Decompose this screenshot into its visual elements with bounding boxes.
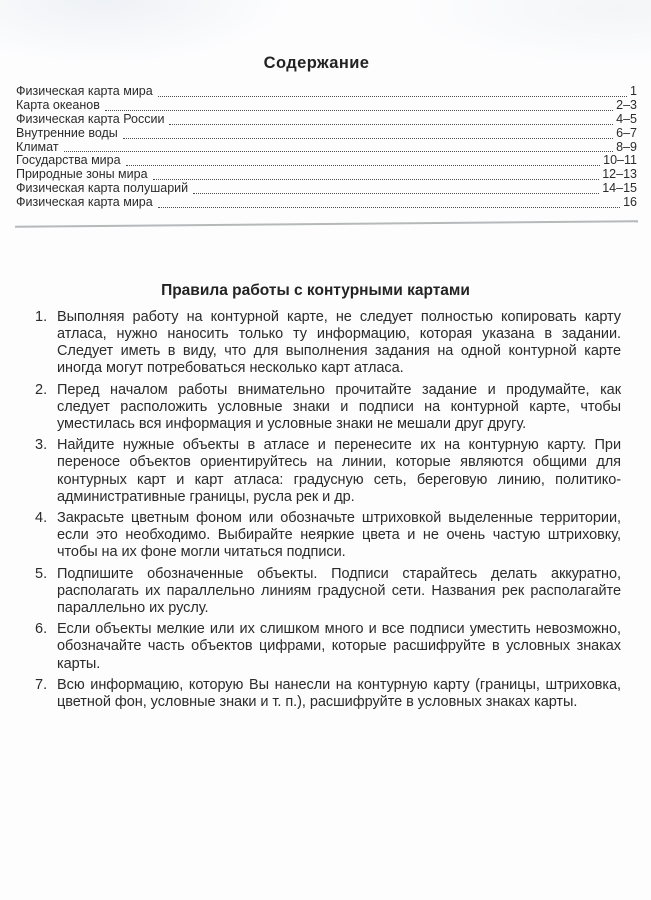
rule-text: Закрасьте цветным фоном или обозначьте ш…	[57, 510, 621, 562]
rule-text: Найдите нужные объекты в атласе и перене…	[57, 437, 621, 506]
toc-entry-label: Физическая карта мира	[16, 85, 153, 99]
rule-text: Перед началом работы внимательно прочита…	[57, 382, 621, 434]
scanned-document-page: Содержание Физическая карта мира 1 Карта…	[0, 0, 651, 900]
toc-entry-label: Климат	[16, 141, 59, 155]
toc-dots-leader	[153, 179, 600, 180]
rule-item: 1. Выполняя работу на контурной карте, н…	[35, 309, 621, 378]
toc-row: Физическая карта России 4–5	[16, 113, 637, 127]
toc-entry-label: Физическая карта России	[16, 113, 164, 127]
rule-number: 6.	[35, 621, 57, 673]
rule-text: Если объекты мелкие или их слишком много…	[57, 621, 621, 673]
toc-row: Карта океанов 2–3	[16, 99, 637, 113]
rule-text: Подпишите обозначенные объекты. Подписи …	[57, 566, 621, 618]
toc-page-number: 8–9	[616, 141, 637, 155]
toc-page-number: 16	[623, 196, 637, 210]
toc-entry-label: Физическая карта мира	[16, 196, 153, 210]
rule-text: Выполняя работу на контурной карте, не с…	[57, 309, 621, 378]
rules-list: 1. Выполняя работу на контурной карте, н…	[35, 309, 621, 711]
toc-entry-label: Физическая карта полушарий	[16, 182, 188, 196]
toc-page-number: 6–7	[616, 127, 637, 141]
toc-row: Физическая карта мира 16	[16, 196, 637, 210]
toc-page-number: 1	[630, 85, 637, 99]
rule-number: 5.	[35, 566, 57, 618]
toc-dots-leader	[123, 138, 613, 139]
toc-entry-label: Государства мира	[16, 154, 121, 168]
toc-entry-label: Внутренние воды	[16, 127, 118, 141]
toc-entry-label: Карта океанов	[16, 99, 100, 113]
toc-dots-leader	[158, 96, 627, 97]
toc-row: Физическая карта мира 1	[16, 85, 637, 99]
toc-row: Природные зоны мира 12–13	[16, 168, 637, 182]
rule-number: 3.	[35, 437, 57, 506]
toc-dots-leader	[126, 165, 601, 166]
toc-page-number: 14–15	[602, 182, 637, 196]
rule-item: 5. Подпишите обозначенные объекты. Подпи…	[35, 566, 621, 618]
toc-row: Государства мира 10–11	[16, 154, 637, 168]
toc-page-number: 12–13	[602, 168, 637, 182]
toc-page-number: 4–5	[616, 113, 637, 127]
toc-entry-label: Природные зоны мира	[16, 168, 148, 182]
rule-number: 7.	[35, 677, 57, 711]
toc-row: Физическая карта полушарий 14–15	[16, 182, 637, 196]
toc-dots-leader	[169, 124, 613, 125]
toc-title: Содержание	[0, 0, 642, 73]
rule-item: 3. Найдите нужные объекты в атласе и пер…	[35, 437, 621, 506]
toc-dots-leader	[105, 110, 613, 111]
toc-row: Внутренние воды 6–7	[16, 127, 637, 141]
rule-item: 7. Всю информацию, которую Вы нанесли на…	[35, 677, 621, 711]
toc-list: Физическая карта мира 1 Карта океанов 2–…	[16, 85, 637, 210]
rule-number: 2.	[35, 382, 57, 434]
toc-page-number: 2–3	[616, 99, 637, 113]
rule-text: Всю информацию, которую Вы нанесли на ко…	[57, 677, 621, 711]
rule-item: 4. Закрасьте цветным фоном или обозначьт…	[35, 510, 621, 562]
rule-item: 6. Если объекты мелкие или их слишком мн…	[35, 621, 621, 673]
rule-item: 2. Перед началом работы внимательно проч…	[35, 382, 621, 434]
toc-page-number: 10–11	[603, 154, 637, 168]
toc-row: Климат 8–9	[16, 141, 637, 155]
toc-dots-leader	[193, 193, 599, 194]
rule-number: 4.	[35, 510, 57, 562]
rules-title: Правила работы с контурными картами	[0, 225, 641, 300]
toc-dots-leader	[64, 151, 614, 152]
rule-number: 1.	[35, 309, 57, 378]
toc-dots-leader	[158, 207, 620, 208]
